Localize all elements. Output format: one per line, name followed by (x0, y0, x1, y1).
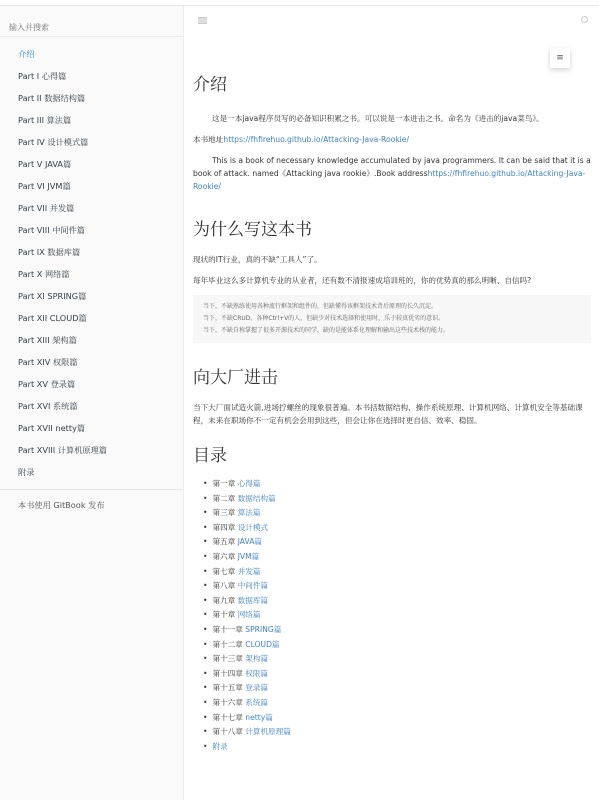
sidebar-item-part-3[interactable]: Part III 算法篇 (0, 109, 183, 131)
chapter-link[interactable]: SPRING篇 (245, 625, 281, 634)
chapter-label: 第十四章 (212, 669, 245, 678)
main-content: ≡ 介绍 这是一本java程序员写的必备知识积累之书。可以说是一本进击之书。命名… (185, 6, 599, 800)
sidebar-item-appendix[interactable]: 附录 (0, 461, 183, 483)
chapter-label: 第十一章 (212, 625, 245, 634)
chapter-link[interactable]: JAVA篇 (238, 537, 262, 546)
quote-line: 当下，不缺熟练使用各种流行框架和组件的，但缺懂得该框架技术背后原理的长久沉淀。 (203, 301, 581, 313)
chapter-label: 第三章 (212, 508, 237, 517)
github-icon[interactable] (581, 16, 588, 23)
catalog-item: 第十五章 登录篇 (203, 681, 591, 696)
heading-catalog: 目录 (193, 443, 591, 469)
catalog-item: 第十二章 CLOUD篇 (203, 638, 591, 653)
sidebar-item-part-12[interactable]: Part XII CLOUD篇 (0, 307, 183, 329)
quote-line: 当下，不缺CRUD、各种Ctrl+V的人，但缺少对技术选择和使用时，乐于较真优劣… (203, 313, 581, 325)
catalog-item: 第三章 算法篇 (203, 506, 591, 521)
chapter-label: 第五章 (212, 537, 237, 546)
catalog-item: 第十八章 计算机原理篇 (203, 725, 591, 740)
blockquote: 当下，不缺熟练使用各种流行框架和组件的，但缺懂得该框架技术背后原理的长久沉淀。 … (193, 295, 591, 343)
book-address-paragraph: 本书地址https://fhfirehuo.github.io/Attackin… (193, 133, 591, 146)
intro-paragraph: 这是一本java程序员写的必备知识积累之书。可以说是一本进击之书。命名为《进击的… (193, 112, 591, 125)
sidebar-nav: 介绍 Part I 心得篇 Part II 数据结构篇 Part III 算法篇… (0, 37, 183, 516)
catalog-item: 第八章 中间件篇 (203, 579, 591, 594)
chapter-link[interactable]: 算法篇 (238, 508, 261, 517)
chapter-link[interactable]: netty篇 (245, 713, 273, 722)
sidebar-item-part-15[interactable]: Part XV 登录篇 (0, 373, 183, 395)
book-address-label: 本书地址 (193, 135, 223, 144)
chapter-link[interactable]: 系统篇 (245, 698, 268, 707)
search-bar (0, 6, 183, 37)
why-paragraph-2: 每年毕业这么多计算机专业的从业者，还有数不清报速成培训班的，你的优势真的那么明晰… (193, 274, 591, 287)
sidebar-item-part-6[interactable]: Part VI JVM篇 (0, 175, 183, 197)
catalog-item: 第十四章 权限篇 (203, 667, 591, 682)
chapter-label: 第六章 (212, 552, 237, 561)
catalog-item: 第五章 JAVA篇 (203, 535, 591, 550)
catalog-list: 第一章 心得篇 第二章 数据结构篇 第三章 算法篇 第四章 设计模式 第五章 J… (193, 477, 591, 754)
sidebar-item-part-5[interactable]: Part V JAVA篇 (0, 153, 183, 175)
heading-big-company: 向大厂进击 (193, 365, 591, 391)
catalog-item: 第六章 JVM篇 (203, 550, 591, 565)
sidebar-divider (0, 489, 183, 490)
sidebar-item-part-9[interactable]: Part IX 数据库篇 (0, 241, 183, 263)
sidebar-item-part-14[interactable]: Part XIV 权限篇 (0, 351, 183, 373)
page-body: 介绍 这是一本java程序员写的必备知识积累之书。可以说是一本进击之书。命名为《… (193, 72, 591, 754)
sidebar-item-part-7[interactable]: Part VII 并发篇 (0, 197, 183, 219)
appendix-link[interactable]: 附录 (212, 742, 227, 751)
chapter-label: 第十章 (212, 610, 237, 619)
catalog-item: 第一章 心得篇 (203, 477, 591, 492)
sidebar-item-part-10[interactable]: Part X 网络篇 (0, 263, 183, 285)
chapter-link[interactable]: 心得篇 (238, 479, 261, 488)
chapter-link[interactable]: 并发篇 (238, 567, 261, 576)
chapter-link[interactable]: 权限篇 (245, 669, 268, 678)
big-company-paragraph: 当下大厂面试造火箭,进场拧螺丝的现象很普遍。本书括数据结构、操作系统原理、计算机… (193, 401, 591, 427)
catalog-item: 第四章 设计模式 (203, 521, 591, 536)
chapter-link[interactable]: 架构篇 (245, 654, 268, 663)
chapter-label: 第四章 (212, 523, 237, 532)
chapter-link[interactable]: 计算机原理篇 (245, 727, 291, 736)
sidebar-item-part-1[interactable]: Part I 心得篇 (0, 65, 183, 87)
book-address-link[interactable]: https://fhfirehuo.github.io/Attacking-Ja… (223, 135, 409, 144)
catalog-item: 第七章 并发篇 (203, 565, 591, 580)
chapter-label: 第八章 (212, 581, 237, 590)
chapter-label: 第十八章 (212, 727, 245, 736)
catalog-item: 第二章 数据结构篇 (203, 492, 591, 507)
page-title: 介绍 (193, 72, 591, 98)
chapter-label: 第十二章 (212, 640, 245, 649)
sidebar-item-part-18[interactable]: Part XVIII 计算机原理篇 (0, 439, 183, 461)
chapter-label: 第二章 (212, 494, 237, 503)
chapter-link[interactable]: 设计模式 (238, 523, 268, 532)
chapter-link[interactable]: 网络篇 (238, 610, 261, 619)
quote-line: 当下，不缺自称掌握了很多开源技术的同学，缺的是能体系化理解和输出这些技术栈的能力… (203, 325, 581, 337)
chapter-link[interactable]: 数据库篇 (238, 596, 268, 605)
toc-toggle-button[interactable]: ≡ (550, 48, 570, 68)
chapter-label: 第十七章 (212, 713, 245, 722)
sidebar-item-part-13[interactable]: Part XIII 架构篇 (0, 329, 183, 351)
sidebar-item-part-2[interactable]: Part II 数据结构篇 (0, 87, 183, 109)
sidebar-item-part-17[interactable]: Part XVII netty篇 (0, 417, 183, 439)
catalog-item: 第十三章 架构篇 (203, 652, 591, 667)
chapter-link[interactable]: 数据结构篇 (238, 494, 276, 503)
search-input[interactable] (9, 23, 169, 32)
chapter-link[interactable]: JVM篇 (238, 552, 260, 561)
chapter-link[interactable]: 登录篇 (245, 683, 268, 692)
catalog-item: 附录 (203, 740, 591, 755)
chapter-label: 第七章 (212, 567, 237, 576)
why-paragraph-1: 现状的IT行业，真的不缺“工具人”了。 (193, 253, 591, 266)
gitbook-publish-link[interactable]: 本书使用 GitBook 发布 (0, 494, 183, 516)
catalog-item: 第十章 网络篇 (203, 608, 591, 623)
english-intro-paragraph: This is a book of necessary knowledge ac… (193, 154, 591, 193)
hamburger-icon[interactable] (198, 17, 207, 24)
chapter-label: 第十六章 (212, 698, 245, 707)
chapter-label: 第十五章 (212, 683, 245, 692)
chapter-link[interactable]: 中间件篇 (238, 581, 268, 590)
chapter-label: 第十三章 (212, 654, 245, 663)
sidebar-item-part-4[interactable]: Part IV 设计模式篇 (0, 131, 183, 153)
sidebar-item-part-8[interactable]: Part VIII 中间件篇 (0, 219, 183, 241)
window-top-edge (0, 0, 599, 6)
catalog-item: 第十七章 netty篇 (203, 711, 591, 726)
chapter-label: 第九章 (212, 596, 237, 605)
sidebar-item-part-11[interactable]: Part XI SPRING篇 (0, 285, 183, 307)
heading-why: 为什么写这本书 (193, 217, 591, 243)
chapter-link[interactable]: CLOUD篇 (245, 640, 279, 649)
sidebar: 介绍 Part I 心得篇 Part II 数据结构篇 Part III 算法篇… (0, 6, 184, 800)
sidebar-item-part-16[interactable]: Part XVI 系统篇 (0, 395, 183, 417)
chapter-label: 第一章 (212, 479, 237, 488)
sidebar-item-intro[interactable]: 介绍 (0, 43, 183, 65)
catalog-item: 第九章 数据库篇 (203, 594, 591, 609)
catalog-item: 第十一章 SPRING篇 (203, 623, 591, 638)
catalog-item: 第十六章 系统篇 (203, 696, 591, 711)
